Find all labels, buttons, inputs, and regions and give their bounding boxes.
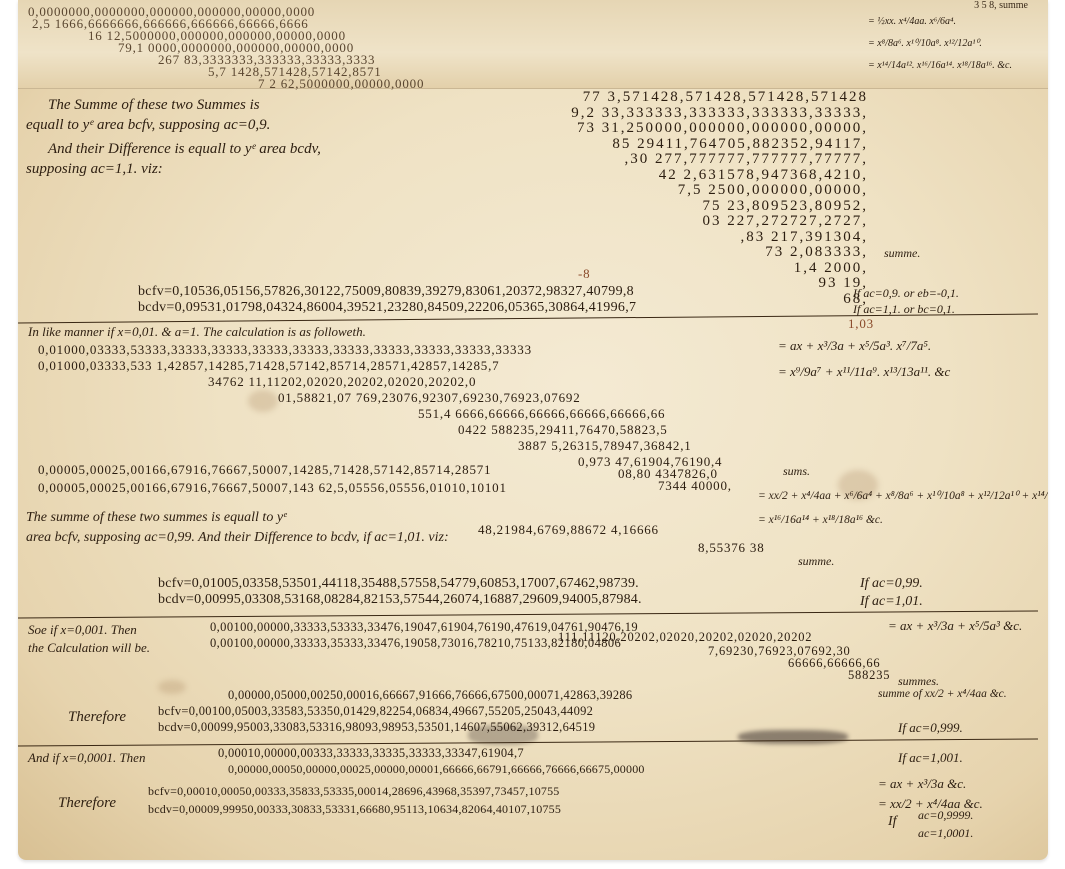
bcdv-result: bcdv=0,09531,01798,04324,86004,39521,232… — [138, 300, 636, 316]
calc-row: 111,11120,20202,02020,20202,02020,20202 — [558, 630, 812, 645]
condition-top: ac=0,9999. — [918, 806, 973, 825]
stair-row: 85 29411,764705,882352,94117, — [571, 137, 868, 153]
stair-row: 42 2,631578,947368,4210, — [571, 168, 868, 184]
calc-row: 0,00000,00050,00000,00025,00000,00001,66… — [228, 762, 645, 777]
calc-row: 0,00010,00000,00333,33333,33335,33333,33… — [218, 746, 524, 761]
section-intro: the Calculation will be. — [28, 638, 150, 657]
sums-label: sums. — [783, 462, 810, 481]
bcdv-condition: If ac=1,01. — [860, 592, 923, 611]
even-series: summe of xx/2 + x⁴/4aa &c. — [878, 688, 1007, 700]
even-row: 0,00005,00025,00166,67916,76667,50007,14… — [38, 462, 491, 478]
even-series: = x¹⁶/16a¹⁴ + x¹⁸/18a¹⁶ &c. — [758, 514, 883, 526]
staircase-division: 77 3,571428,571428,571428,571428 9,2 33,… — [571, 90, 868, 307]
calc-row: 551,4 6666,66666,66666,66666,66666,66 — [418, 406, 665, 422]
prose-line: area bcfv, supposing ac=0,99. And their … — [26, 528, 449, 547]
calc-row: 0,01000,03333,53333,33333,33333,33333,33… — [38, 342, 532, 358]
section-intro: And if x=0,0001. Then — [28, 748, 145, 767]
margin-mark: -8 — [578, 266, 590, 282]
bcdv-condition: If ac=1,001. — [898, 748, 963, 767]
series-label: = x⁸/8a⁶. x¹⁰/10a⁸. x¹²/12a¹⁰. — [868, 38, 982, 49]
even-row: 8,55376 38 — [698, 540, 765, 556]
paper-stain — [248, 390, 278, 412]
odd-series: = x⁹/9a⁷ + x¹¹/11a⁹. x¹³/13a¹¹. &c — [778, 364, 950, 380]
bcdv-result: bcdv=0,00995,03308,53168,08284,82153,575… — [158, 592, 642, 608]
bcfv-condition: If ac=0,99. — [860, 574, 923, 593]
section-intro: In like manner if x=0,01. & a=1. The cal… — [28, 322, 366, 341]
stair-row: 9,2 33,333333,333333,333333,33333, — [571, 106, 868, 122]
if-label: If — [888, 812, 897, 831]
ink-blot — [738, 730, 848, 744]
even-row: 0,00005,00025,00166,67916,76667,50007,14… — [38, 480, 507, 496]
series-label: = ½xx. x⁴/4aa. x⁶/6a⁴. — [868, 16, 956, 27]
stair-row: ,83 217,391304, — [571, 230, 868, 246]
summe-label: summe. — [798, 552, 834, 571]
odd-series: = ax + x³/3a &c. — [878, 776, 966, 792]
prose-line: equall to yᵉ area bcfv, supposing ac=0,9… — [26, 116, 270, 135]
bcdv-result: bcdv=0,00099,95003,33083,53316,98093,989… — [158, 720, 595, 735]
summe-label: summe. — [884, 244, 920, 263]
divider-line — [18, 610, 1038, 618]
paper-stain — [158, 680, 186, 694]
even-row: 0,00000,05000,00250,00016,66667,91666,76… — [228, 688, 632, 703]
bcfv-result: bcfv=0,00010,00050,00333,35833,53335,000… — [148, 784, 560, 799]
section-intro: Soe if x=0,001. Then — [28, 620, 137, 639]
prose-line: supposing ac=1,1. viz: — [26, 160, 163, 179]
stair-row: 03 227,272727,2727, — [571, 214, 868, 230]
bcfv-condition: If ac=0,999. — [898, 718, 963, 737]
series-label: = x¹⁴/14a¹². x¹⁶/16a¹⁴. x¹⁸/18a¹⁶. &c. — [868, 60, 1012, 71]
therefore-label: Therefore — [68, 708, 126, 727]
calc-row: 34762 11,11202,02020,20202,02020,20202,0 — [208, 374, 476, 390]
stair-row: 75 23,809523,80952, — [571, 199, 868, 215]
correction-note: 1,03 — [848, 316, 874, 332]
calc-row: 588235 — [848, 668, 890, 683]
stair-row: 73 2,083333, — [571, 245, 868, 261]
stair-row: 73 31,250000,000000,000000,00000, — [571, 121, 868, 137]
calc-row: 7344 40000, — [658, 478, 732, 494]
calc-row: 0422 588235,29411,76470,58823,5 — [458, 422, 668, 438]
calc-row: 01,58821,07 769,23076,92307,69230,76923,… — [278, 390, 581, 406]
even-series: = xx/2 + x⁴/4aa + x⁶/6a⁴ + x⁸/8a⁶ + x¹⁰/… — [758, 488, 1048, 502]
faded-row: 7 2 62,5000000,00000,0000 — [258, 76, 424, 92]
manuscript-page: 3 5 8, summe 0,0000000,0000000,000000,00… — [18, 0, 1048, 860]
prose-line: The summe of these two summes is equall … — [26, 508, 287, 527]
even-row: 48,21984,6769,88672 4,16666 — [478, 522, 659, 538]
odd-series: = ax + x³/3a + x⁵/5a³ &c. — [888, 618, 1022, 634]
stair-row: 1,4 2000, — [571, 261, 868, 277]
calc-row: 3887 5,26315,78947,36842,1 — [518, 438, 692, 454]
calc-row: 0,01000,03333,533 1,42857,14285,71428,57… — [38, 358, 499, 374]
prose-line: And their Difference is equall to yᵉ are… — [48, 140, 321, 159]
prose-line: The Summe of these two Summes is — [48, 96, 260, 115]
therefore-label: Therefore — [58, 794, 116, 813]
bcdv-result: bcdv=0,00009,99950,00333,30833,53331,666… — [148, 802, 561, 817]
bcfv-result: bcfv=0,10536,05156,57826,30122,75009,808… — [138, 284, 634, 300]
odd-series: = ax + x³/3a + x⁵/5a³. x⁷/7a⁵. — [778, 338, 931, 354]
stair-row: 77 3,571428,571428,571428,571428 — [571, 90, 868, 106]
bcfv-result: bcfv=0,00100,05003,33583,53350,01429,822… — [158, 704, 593, 719]
stair-row: ,30 277,777777,777777,77777, — [571, 152, 868, 168]
corner-note: 3 5 8, summe — [974, 0, 1028, 11]
bcfv-result: bcfv=0,01005,03358,53501,44118,35488,575… — [158, 576, 639, 592]
condition-bottom: ac=1,0001. — [918, 824, 973, 843]
stair-row: 7,5 2500,000000,00000, — [571, 183, 868, 199]
